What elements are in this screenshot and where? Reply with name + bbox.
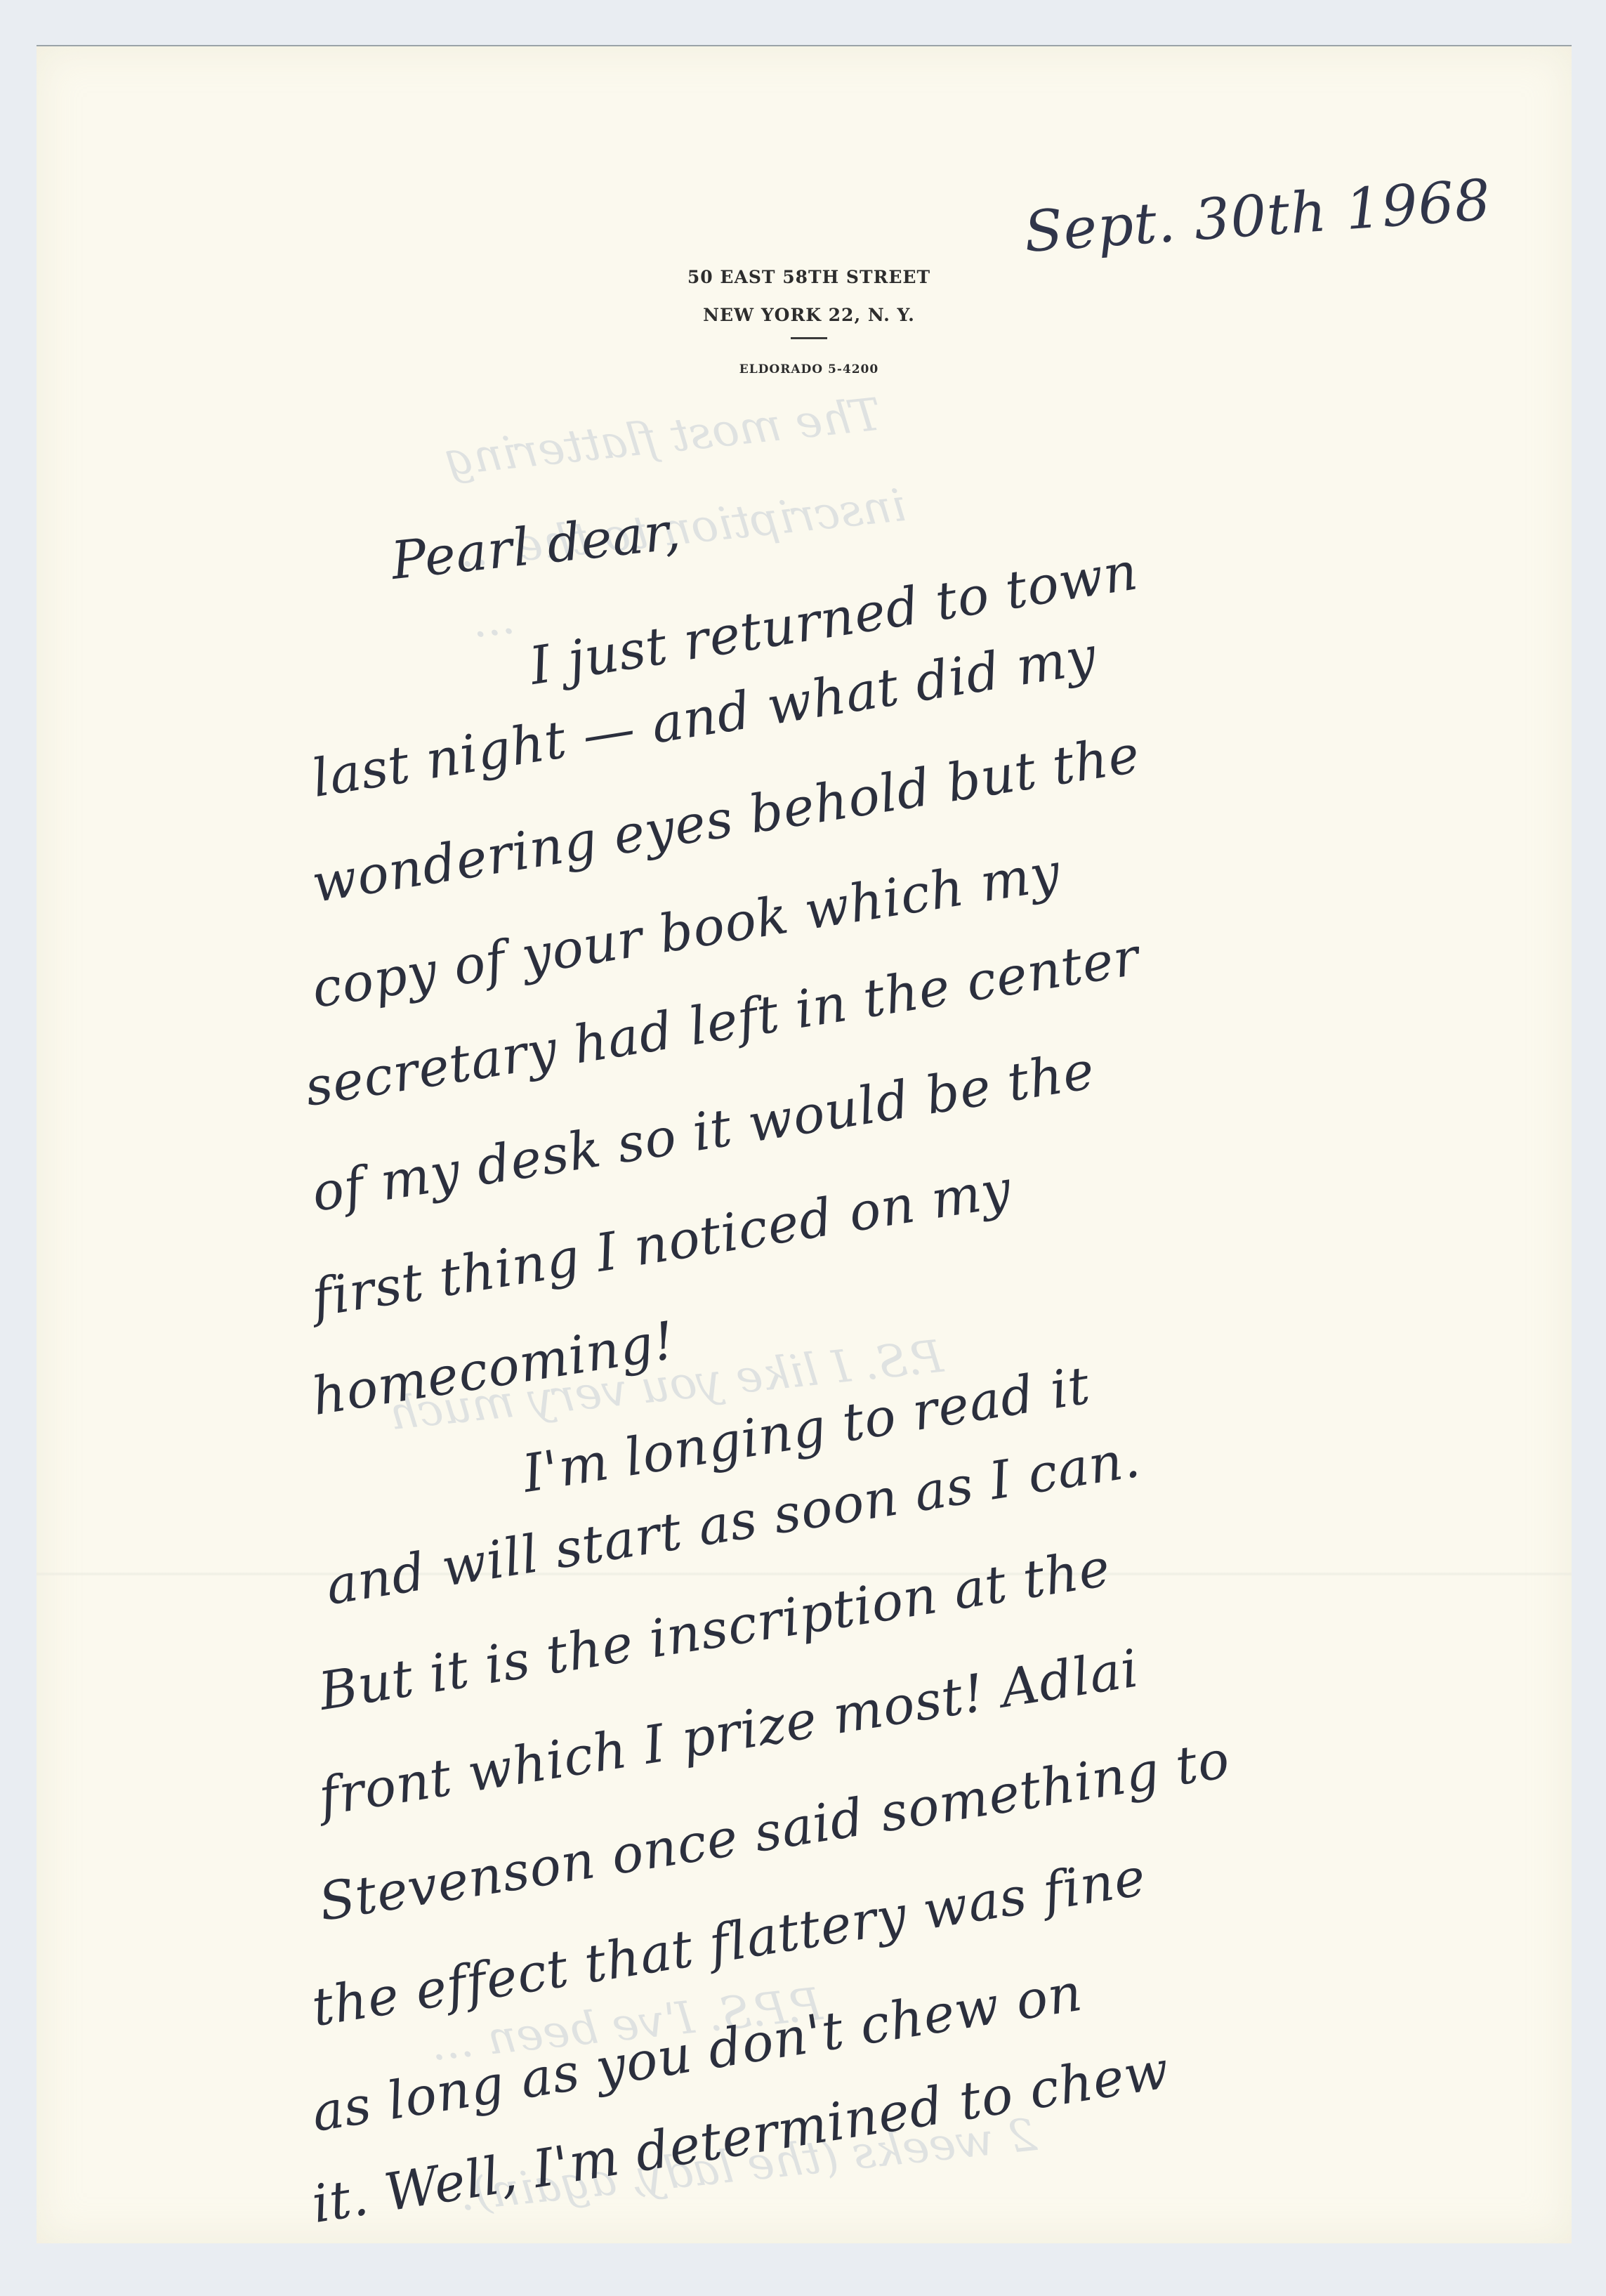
- show-through-line: The most flattering: [442, 389, 883, 487]
- letterhead-divider: [791, 337, 827, 339]
- salutation: Pearl dear,: [388, 501, 684, 591]
- scanned-letter: The most flattering inscription to the .…: [0, 0, 1606, 2296]
- show-through-line: ...: [469, 592, 517, 648]
- letterhead-address-line2: NEW YORK 22, N. Y.: [647, 296, 970, 334]
- handwritten-date: Sept. 30th 1968: [1022, 167, 1494, 265]
- letter-paper: The most flattering inscription to the .…: [37, 45, 1572, 2243]
- letterhead-address-line1: 50 EAST 58TH STREET: [647, 258, 970, 296]
- letterhead-phone: ELDORADO 5-4200: [647, 350, 970, 388]
- paper-fold-line: [37, 1572, 1572, 1576]
- body-line: homecoming!: [308, 1310, 680, 1427]
- letterhead: 50 EAST 58TH STREET NEW YORK 22, N. Y. E…: [647, 258, 970, 388]
